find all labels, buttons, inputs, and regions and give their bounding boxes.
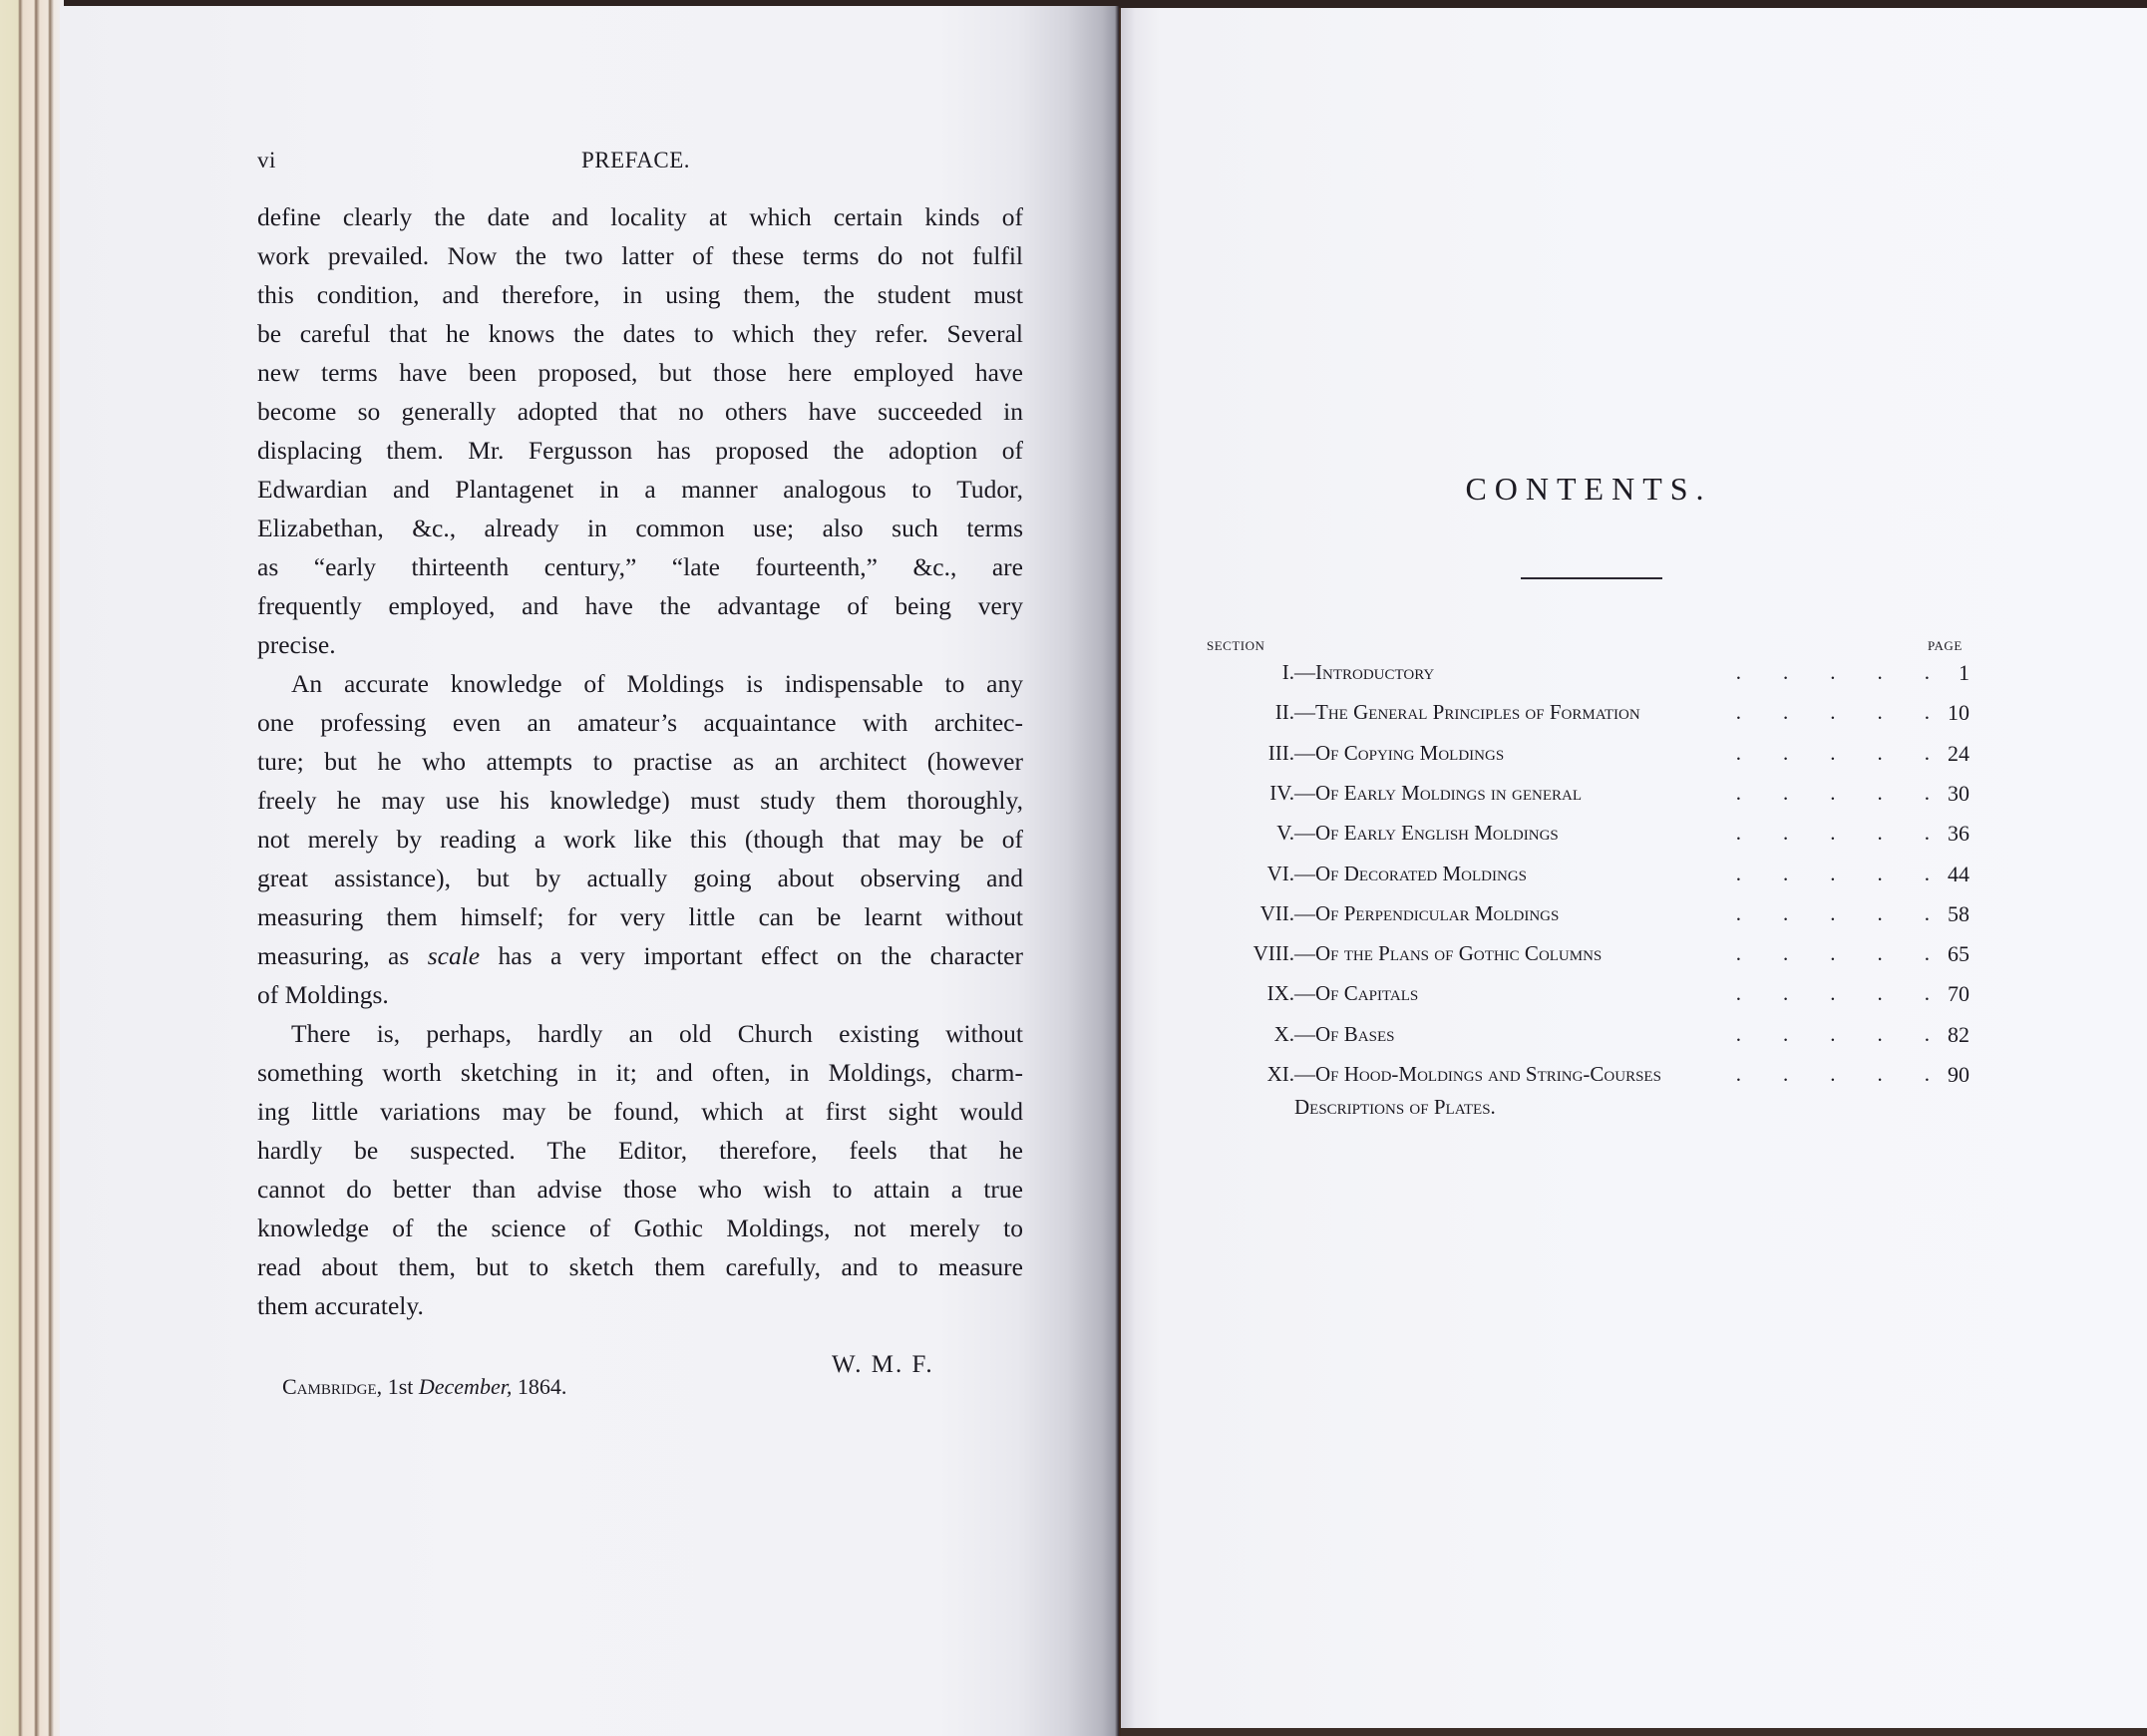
text-fragment: has a very important effect on the chara… [480, 941, 1023, 970]
text-line: of Moldings. [257, 975, 1023, 1014]
page-folio: vi [257, 148, 276, 174]
toc-plates-entry[interactable]: Descriptions of Plates. [1294, 1095, 1496, 1120]
text-line: cannot do better than advise those who w… [257, 1170, 1023, 1209]
text-line: something worth sketching in it; and oft… [257, 1053, 1023, 1092]
toc-leader-dots: . . . . . [1705, 781, 1930, 806]
toc-leader-dots: . . . . . [1705, 981, 1930, 1006]
text-line: work prevailed. Now the two latter of th… [257, 236, 1023, 275]
toc-page-number: 70 [1948, 981, 1969, 1007]
toc-row[interactable]: VIII.—Of the Plans of Gothic Columns. . … [1197, 941, 1969, 975]
toc-page-number: 30 [1948, 781, 1969, 807]
text-line: this condition, and therefore, in using … [257, 275, 1023, 314]
text-line: one professing even an amateur’s acquain… [257, 703, 1023, 742]
contents-heading: CONTENTS. [1439, 471, 1738, 508]
toc-section-number: XI. [1267, 1062, 1294, 1087]
text-line: Edwardian and Plantagenet in a manner an… [257, 470, 1023, 509]
text-line: as “early thirteenth century,” “late fou… [257, 547, 1023, 586]
text-line: become so generally adopted that no othe… [257, 392, 1023, 431]
text-line: An accurate knowledge of Moldings is ind… [257, 664, 1023, 703]
toc-section-title: —Of Perpendicular Moldings [1294, 901, 1559, 926]
toc-section-title: —Of Capitals [1294, 981, 1418, 1006]
toc-page-number: 82 [1948, 1022, 1969, 1048]
toc-row[interactable]: V.—Of Early English Moldings. . . . .36 [1197, 821, 1969, 855]
book-bottom-edge [1121, 1728, 2147, 1736]
toc-row[interactable]: X.—Of Bases. . . . .82 [1197, 1022, 1969, 1056]
text-line: read about them, but to sketch them care… [257, 1247, 1023, 1286]
toc-section-title: —Of Early English Moldings [1294, 821, 1559, 846]
toc-section-title: —Of the Plans of Gothic Columns [1294, 941, 1602, 966]
text-line: knowledge of the science of Gothic Moldi… [257, 1209, 1023, 1247]
text-line: frequently employed, and have the advant… [257, 586, 1023, 625]
toc-section-number: IX. [1267, 981, 1294, 1006]
toc-leader-dots: . . . . . [1705, 862, 1930, 886]
italic-word: scale [428, 941, 480, 970]
toc-row[interactable]: VII.—Of Perpendicular Moldings. . . . .5… [1197, 901, 1969, 935]
dateline: Cambridge, 1st December, 1864. [282, 1374, 566, 1400]
toc-leader-dots: . . . . . [1705, 741, 1930, 766]
toc-section-title: —The General Principles of Formation [1294, 700, 1640, 725]
toc-leader-dots: . . . . . [1705, 660, 1930, 685]
text-line: define clearly the date and locality at … [257, 197, 1023, 236]
toc-page-number: 65 [1948, 941, 1969, 967]
text-line: hardly be suspected. The Editor, therefo… [257, 1131, 1023, 1170]
toc-row[interactable]: III.—Of Copying Moldings. . . . .24 [1197, 741, 1969, 775]
toc-section-number: IV. [1269, 781, 1294, 806]
toc-section-number: VI. [1267, 862, 1294, 886]
toc-page-number: 58 [1948, 901, 1969, 927]
text-line: be careful that he knows the dates to wh… [257, 314, 1023, 353]
toc-section-title: —Of Hood-Moldings and String-Courses [1294, 1062, 1661, 1087]
text-line: freely he may use his knowledge) must st… [257, 781, 1023, 820]
toc-row[interactable]: IV.—Of Early Moldings in general. . . . … [1197, 781, 1969, 815]
author-initials: W. M. F. [832, 1351, 934, 1379]
text-line: Elizabethan, &c., already in common use;… [257, 509, 1023, 547]
toc-row[interactable]: VI.—Of Decorated Moldings. . . . .44 [1197, 862, 1969, 895]
toc-row[interactable]: IX.—Of Capitals. . . . .70 [1197, 981, 1969, 1015]
text-fragment: measuring, as [257, 941, 428, 970]
toc-section-title: —Of Decorated Moldings [1294, 862, 1527, 886]
dateline-year: 1864. [518, 1374, 567, 1399]
toc-section-title: —Of Early Moldings in general [1294, 781, 1582, 806]
toc-page-number: 36 [1948, 821, 1969, 847]
toc-leader-dots: . . . . . [1705, 1062, 1930, 1087]
toc-section-title: —Of Copying Moldings [1294, 741, 1504, 766]
toc-page-number: 90 [1948, 1062, 1969, 1088]
toc-leader-dots: . . . . . [1705, 1022, 1930, 1047]
toc-section-number: V. [1276, 821, 1294, 846]
toc-page-number: 1 [1959, 660, 1969, 686]
toc-section-title: —Of Bases [1294, 1022, 1394, 1047]
text-line: ture; but he who attempts to practise as… [257, 742, 1023, 781]
toc-leader-dots: . . . . . [1705, 821, 1930, 846]
toc-section-number: VIII. [1253, 941, 1294, 966]
section-column-label: SECTION [1207, 638, 1264, 654]
toc-row[interactable]: I.—Introductory. . . . .1 [1197, 660, 1969, 694]
text-line: displacing them. Mr. Fergusson has propo… [257, 431, 1023, 470]
text-line: ing little variations may be found, whic… [257, 1092, 1023, 1131]
dateline-month: December, [419, 1374, 512, 1399]
toc-page-number: 10 [1948, 700, 1969, 726]
toc-section-number: VII. [1260, 901, 1294, 926]
text-line: measuring, as scale has a very important… [257, 936, 1023, 975]
text-line: precise. [257, 625, 1023, 664]
heading-rule [1521, 577, 1662, 579]
dateline-day: 1st [388, 1374, 414, 1399]
dateline-place: Cambridge, [282, 1374, 382, 1399]
toc-page-number: 44 [1948, 862, 1969, 887]
toc-section-number: X. [1274, 1022, 1294, 1047]
text-line: great assistance), but by actually going… [257, 859, 1023, 897]
toc-section-number: II. [1275, 700, 1294, 725]
toc-page-number: 24 [1948, 741, 1969, 767]
text-line: new terms have been proposed, but those … [257, 353, 1023, 392]
toc-leader-dots: . . . . . [1705, 901, 1930, 926]
text-line: not merely by reading a work like this (… [257, 820, 1023, 859]
text-line: them accurately. [257, 1286, 1023, 1325]
toc-row[interactable]: II.—The General Principles of Formation.… [1197, 700, 1969, 734]
toc-section-title: —Introductory [1294, 660, 1434, 685]
toc-leader-dots: . . . . . [1705, 941, 1930, 966]
toc-row[interactable]: XI.—Of Hood-Moldings and String-Courses.… [1197, 1062, 1969, 1096]
running-head: PREFACE. [581, 148, 690, 174]
page-column-label: PAGE [1928, 638, 1963, 654]
page-edge-stack [0, 0, 64, 1736]
toc-section-number: I. [1282, 660, 1294, 685]
text-line: measuring them himself; for very little … [257, 897, 1023, 936]
text-line: There is, perhaps, hardly an old Church … [257, 1014, 1023, 1053]
toc-section-number: III. [1268, 741, 1294, 766]
preface-body: define clearly the date and locality at … [257, 197, 1023, 1325]
toc-leader-dots: . . . . . [1705, 700, 1930, 725]
